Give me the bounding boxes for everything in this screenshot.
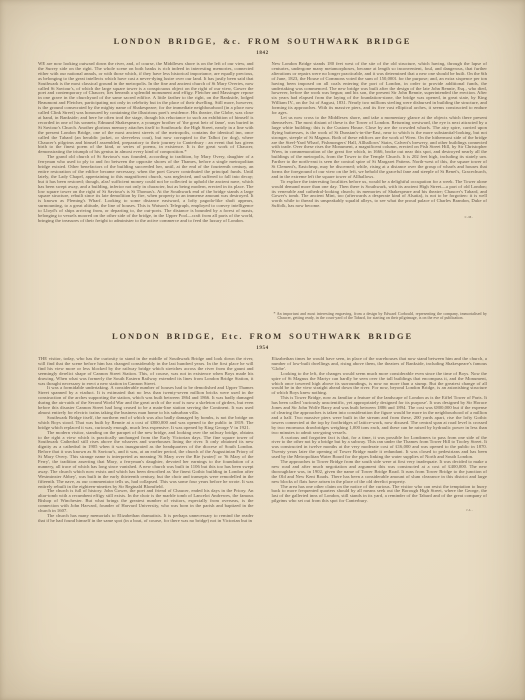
section-1-year: 1842 [38, 51, 487, 56]
paragraph: WE are now looking outward down the rive… [38, 62, 254, 155]
paragraph: The modern visitor, standing on the para… [38, 431, 254, 490]
paragraph: The church is full of history. John Gowe… [38, 489, 254, 514]
section-1-right-column: New London Bridge stands 180 feet west o… [272, 62, 488, 320]
paragraph: THE visitor, today, who has the curiosit… [38, 357, 254, 386]
section-1-columns: WE are now looking outward down the rive… [38, 62, 487, 320]
section-2-year: 1954 [38, 346, 487, 351]
section-2-columns: THE visitor, today, who has the curiosit… [38, 357, 487, 524]
section-1842: LONDON BRIDGE, &c. FROM SOUTHWARK BRIDGE… [38, 36, 487, 320]
paragraph: The grand old church of St Saviour's was… [38, 155, 254, 224]
section-2-title: LONDON BRIDGE, Etc. FROM SOUTHWARK BRIDG… [38, 331, 487, 341]
paragraph: A curious and forgotten fact is that, fo… [272, 436, 488, 461]
author-initials: c.m. [272, 215, 488, 220]
paragraph: The approaches to Tower Bridge from the … [272, 460, 488, 485]
section-2-right-column: Elizabethan times he would have seen, in… [272, 357, 488, 524]
paragraph: Let us now cross to the Middlesex shore,… [272, 116, 488, 180]
paragraph: Looking to the left, the changes would s… [272, 372, 488, 397]
paragraph: To explore the interesting localities be… [272, 180, 488, 209]
footnote: * An important and most interesting engr… [272, 302, 488, 320]
paragraph: Southwark Bridge itself, the northern en… [38, 416, 254, 431]
book-page: LONDON BRIDGE, &c. FROM SOUTHWARK BRIDGE… [0, 0, 525, 700]
paragraph: The area has one other claim on the noti… [272, 485, 488, 505]
paragraph: New London Bridge stands 180 feet west o… [272, 62, 488, 116]
section-1-left-column: WE are now looking outward down the rive… [38, 62, 254, 320]
author-initials: j.l. [272, 508, 488, 513]
paragraph: Elizabethan times he would have seen, in… [272, 357, 488, 372]
paragraph: It was a formidable undertaking. A consi… [38, 386, 254, 415]
section-1-title: LONDON BRIDGE, &c. FROM SOUTHWARK BRIDGE [38, 36, 487, 46]
section-1954: LONDON BRIDGE, Etc. FROM SOUTHWARK BRIDG… [38, 331, 487, 524]
paragraph: The church has many memorials to Elizabe… [38, 514, 254, 524]
paragraph: This is Tower Bridge, now as familiar a … [272, 396, 488, 435]
section-2-left-column: THE visitor, today, who has the curiosit… [38, 357, 254, 524]
